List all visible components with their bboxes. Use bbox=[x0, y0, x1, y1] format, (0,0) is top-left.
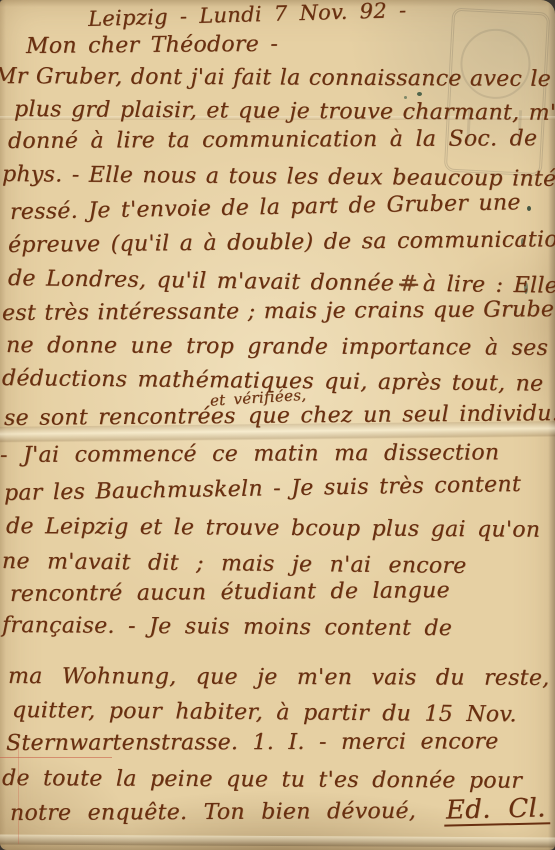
handwritten-line: ressé. Je t'envoie de la part de Gruber … bbox=[10, 190, 521, 226]
ink-speck bbox=[404, 96, 407, 99]
handwritten-line: par les Bauchmuskeln - Je suis très cont… bbox=[4, 472, 521, 507]
handwritten-line: est très intéressante ; mais je crains q… bbox=[2, 297, 555, 327]
closing-text: notre enquête. Ton bien dévoué, bbox=[10, 799, 416, 826]
handwritten-line: rencontré aucun étudiant de langue bbox=[10, 578, 450, 608]
handwritten-line: ma Wohnung, que je m'en vais du reste, bbox=[8, 664, 550, 692]
handwritten-line: Sternwartenstrasse. 1. I. - merci encore bbox=[6, 729, 499, 757]
handwritten-line: phys. - Elle nous a tous les deux beauco… bbox=[2, 162, 555, 193]
handwritten-line: notre enquête. Ton bien dévoué,Ed. Cl. bbox=[10, 796, 550, 828]
red-fiber-mark-horizontal bbox=[0, 757, 112, 758]
handwritten-line: de toute la peine que tu t'es donnée pou… bbox=[2, 766, 522, 795]
handwritten-line: se sont rencontréeset vérifiées, que che… bbox=[4, 401, 555, 432]
signature: Ed. Cl. bbox=[444, 795, 550, 826]
strikethrough-mark: # bbox=[399, 271, 418, 296]
salutation: Mon cher Théodore - bbox=[26, 32, 278, 60]
handwritten-line: donné à lire ta communication à la Soc. … bbox=[8, 126, 537, 155]
handwritten-line: française. - Je suis moins content de bbox=[2, 613, 452, 642]
handwritten-line: de Londres, qu'il m'avait donnée#à lire … bbox=[8, 266, 555, 300]
line-text: se sont rencontrées bbox=[4, 404, 236, 431]
handwritten-line: de Leipzig et le trouve bcoup plus gai q… bbox=[6, 514, 540, 544]
ink-speck bbox=[417, 92, 422, 96]
handwritten-line: plus grd plaisir, et que je trouve charm… bbox=[14, 97, 555, 127]
date-line: Leipzig - Lundi 7 Nov. 92 - bbox=[88, 0, 407, 32]
letter-paper: Leipzig - Lundi 7 Nov. 92 - Mon cher Thé… bbox=[0, 0, 555, 850]
handwritten-line: ne m'avait dit ; mais je n'ai encore bbox=[2, 549, 467, 580]
ink-speck bbox=[527, 206, 531, 211]
handwritten-line: Mr Gruber, dont j'ai fait la connaissanc… bbox=[0, 64, 551, 93]
line-text: à lire : Elle bbox=[423, 272, 555, 299]
handwritten-line: quitter, pour habiter, à partir du 15 No… bbox=[12, 698, 517, 728]
paper-bottom-edge bbox=[0, 835, 555, 848]
scanned-letter: Leipzig - Lundi 7 Nov. 92 - Mon cher Thé… bbox=[0, 0, 555, 850]
handwritten-line: épreuve (qu'il a à double) de sa communi… bbox=[8, 227, 555, 259]
handwritten-line: - J'ai commencé ce matin ma dissection bbox=[0, 440, 499, 469]
line-text: de Londres, qu'il m'avait donnée bbox=[8, 266, 394, 296]
handwritten-line: ne donne une trop grande importance à se… bbox=[6, 333, 548, 362]
